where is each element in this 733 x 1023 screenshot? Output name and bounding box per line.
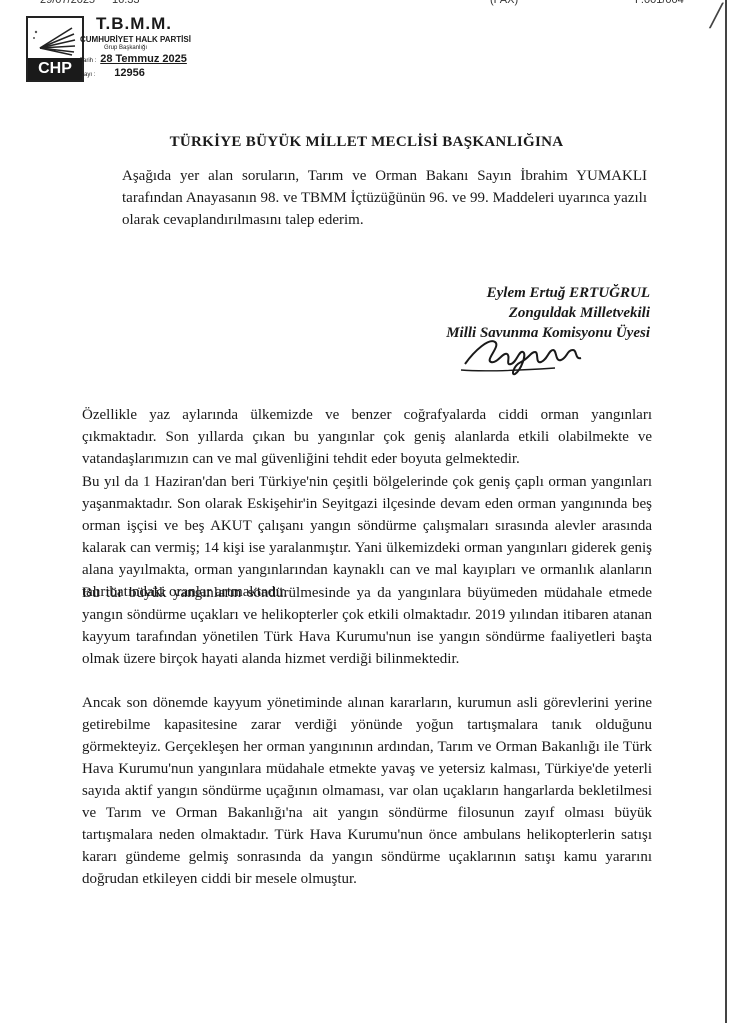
unit-name: Grup Başkanlığı	[104, 45, 191, 51]
corner-mark-icon: ╱	[710, 4, 723, 29]
fax-time: 16:33	[112, 0, 140, 6]
document-heading: TÜRKİYE BÜYÜK MİLLET MECLİSİ BAŞKANLIĞIN…	[0, 134, 733, 151]
intro-paragraph: Aşağıda yer alan soruların, Tarım ve Orm…	[122, 165, 647, 231]
number-value: 12956	[114, 67, 145, 79]
page-edge	[725, 0, 727, 1023]
chp-logo: CHP	[26, 16, 84, 82]
paragraph-3: Bu tür büyük yangınların söndürülmesinde…	[82, 582, 652, 670]
number-label: Sayı :	[80, 72, 98, 78]
fax-page: P.001/004	[635, 0, 684, 6]
six-arrows-icon	[32, 24, 78, 56]
signatory-title: Zonguldak Milletvekili	[340, 303, 650, 323]
signatory-name: Eylem Ertuğ ERTUĞRUL	[340, 283, 650, 303]
paragraph-4: Ancak son dönemde kayyum yönetiminde alı…	[82, 692, 652, 890]
date-row: Tarih : 28 Temmuz 2025	[80, 53, 191, 65]
letterhead: T.B.M.M. CUMHURİYET HALK PARTİSİ Grup Ba…	[80, 14, 191, 79]
fax-date: 29/07/2025	[40, 0, 95, 6]
signature-icon	[455, 330, 585, 378]
fax-channel: (FAX)	[490, 0, 518, 6]
paragraph-1: Özellikle yaz aylarında ülkemizde ve ben…	[82, 404, 652, 470]
institution-name: T.B.M.M.	[96, 14, 191, 34]
fax-header: 29/07/2025 16:33 (FAX) P.001/004	[0, 0, 733, 8]
date-value: 28 Temmuz 2025	[100, 53, 187, 65]
date-label: Tarih :	[80, 58, 98, 64]
logo-text: CHP	[28, 58, 82, 80]
number-row: Sayı : 12956	[80, 67, 191, 79]
party-name: CUMHURİYET HALK PARTİSİ	[80, 35, 191, 44]
